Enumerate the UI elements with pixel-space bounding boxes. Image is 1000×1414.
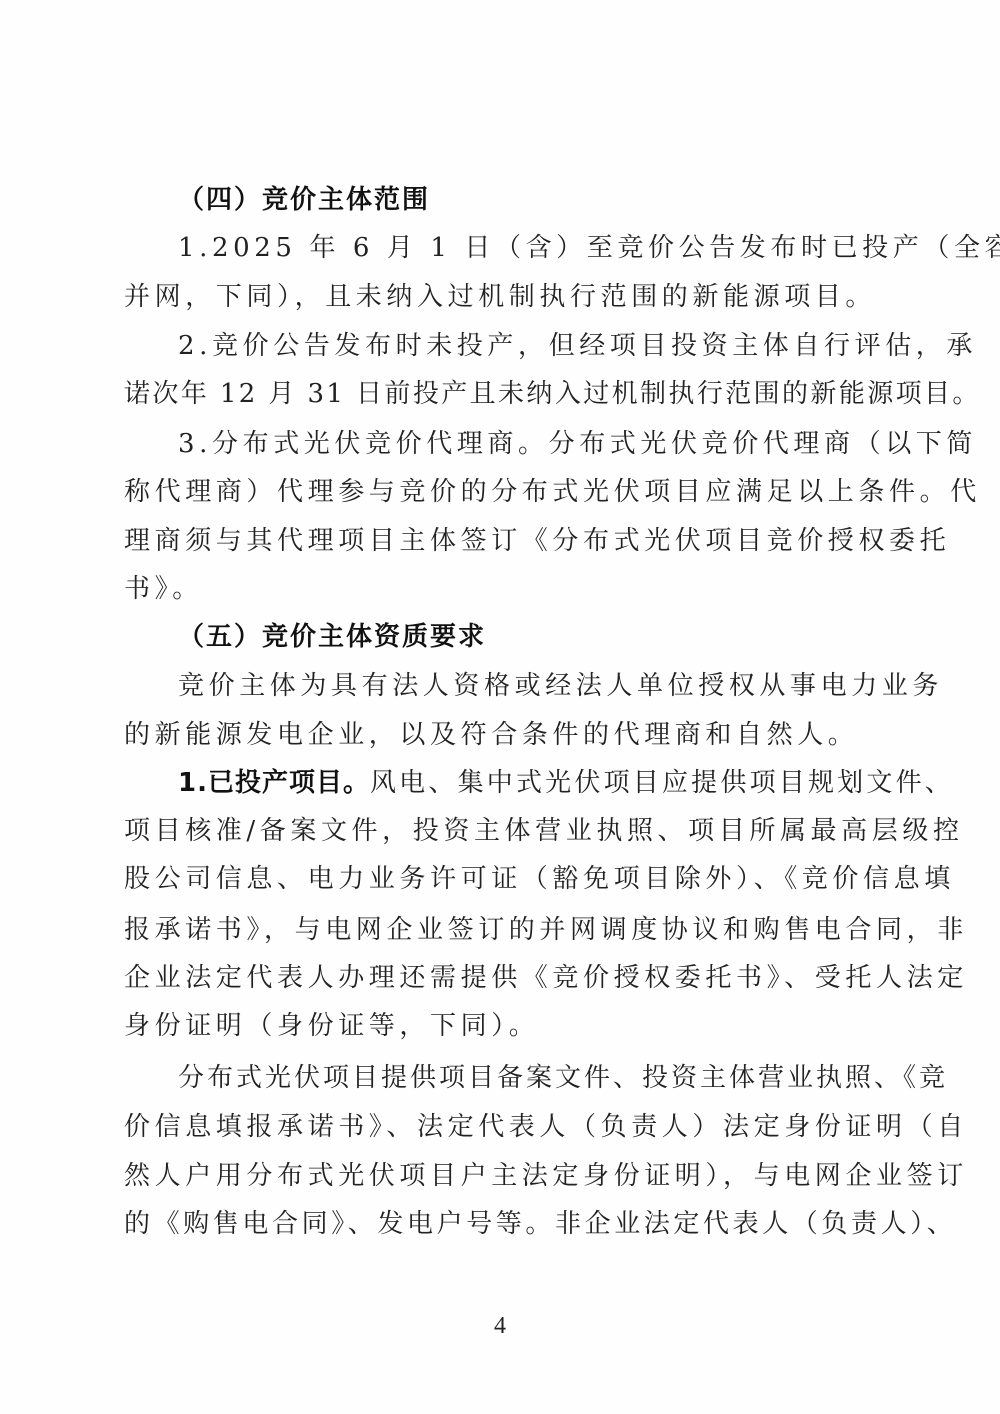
- paragraph-line: 价信息填报承诺书》、法定代表人（负责人）法定身份证明（自: [124, 1111, 874, 1143]
- paragraph-line: 书》。: [124, 573, 874, 605]
- paragraph-line: 的新能源发电企业，以及符合条件的代理商和自然人。: [124, 719, 874, 751]
- paragraph-line: 1.2025 年 6 月 1 日（含）至竞价公告发布时已投产（全容量: [178, 232, 874, 264]
- paragraph-line: 并网，下同），且未纳入过机制执行范围的新能源项目。: [124, 281, 874, 313]
- paragraph-line: 理商须与其代理项目主体签订《分布式光伏项目竞价授权委托: [124, 525, 874, 557]
- paragraph-line: 股公司信息、电力业务许可证（豁免项目除外）、《竞价信息填: [124, 863, 874, 895]
- paragraph-line: 企业法定代表人办理还需提供《竞价授权委托书》、受托人法定: [124, 962, 874, 994]
- paragraph-line: 报承诺书》，与电网企业签订的并网调度协议和购售电合同，非: [124, 914, 874, 946]
- section-heading-4: （四）竞价主体范围: [178, 184, 874, 216]
- paragraph-line: 竞价主体为具有法人资格或经法人单位授权从事电力业务: [178, 670, 874, 702]
- paragraph-line: 1.已投产项目。风电、集中式光伏项目应提供项目规划文件、: [178, 767, 874, 799]
- paragraph-line: 2.竞价公告发布时未投产，但经项目投资主体自行评估，承: [178, 330, 874, 362]
- paragraph-line: 分布式光伏项目提供项目备案文件、投资主体营业执照、《竞: [178, 1062, 874, 1094]
- paragraph-text: 风电、集中式光伏项目应提供项目规划文件、: [370, 768, 954, 798]
- paragraph-line: 的《购售电合同》、发电户号等。非企业法定代表人（负责人）、: [124, 1208, 874, 1240]
- paragraph-line: 项目核准/备案文件，投资主体营业执照、项目所属最高层级控: [124, 815, 874, 847]
- paragraph-line: 然人户用分布式光伏项目户主法定身份证明），与电网企业签订: [124, 1160, 874, 1192]
- paragraph-line: 诺次年 12 月 31 日前投产且未纳入过机制执行范围的新能源项目。: [124, 378, 874, 410]
- paragraph-line: 3.分布式光伏竞价代理商。分布式光伏竞价代理商（以下简: [178, 428, 874, 460]
- paragraph-line: 称代理商）代理参与竞价的分布式光伏项目应满足以上条件。代: [124, 476, 874, 508]
- page-number: 4: [0, 1313, 1000, 1340]
- section-heading-5: （五）竞价主体资质要求: [178, 621, 874, 653]
- bold-lead-text: 1.已投产项目。: [178, 768, 370, 798]
- document-page: （四）竞价主体范围 1.2025 年 6 月 1 日（含）至竞价公告发布时已投产…: [0, 0, 1000, 1414]
- paragraph-line: 身份证明（身份证等，下同）。: [124, 1010, 874, 1042]
